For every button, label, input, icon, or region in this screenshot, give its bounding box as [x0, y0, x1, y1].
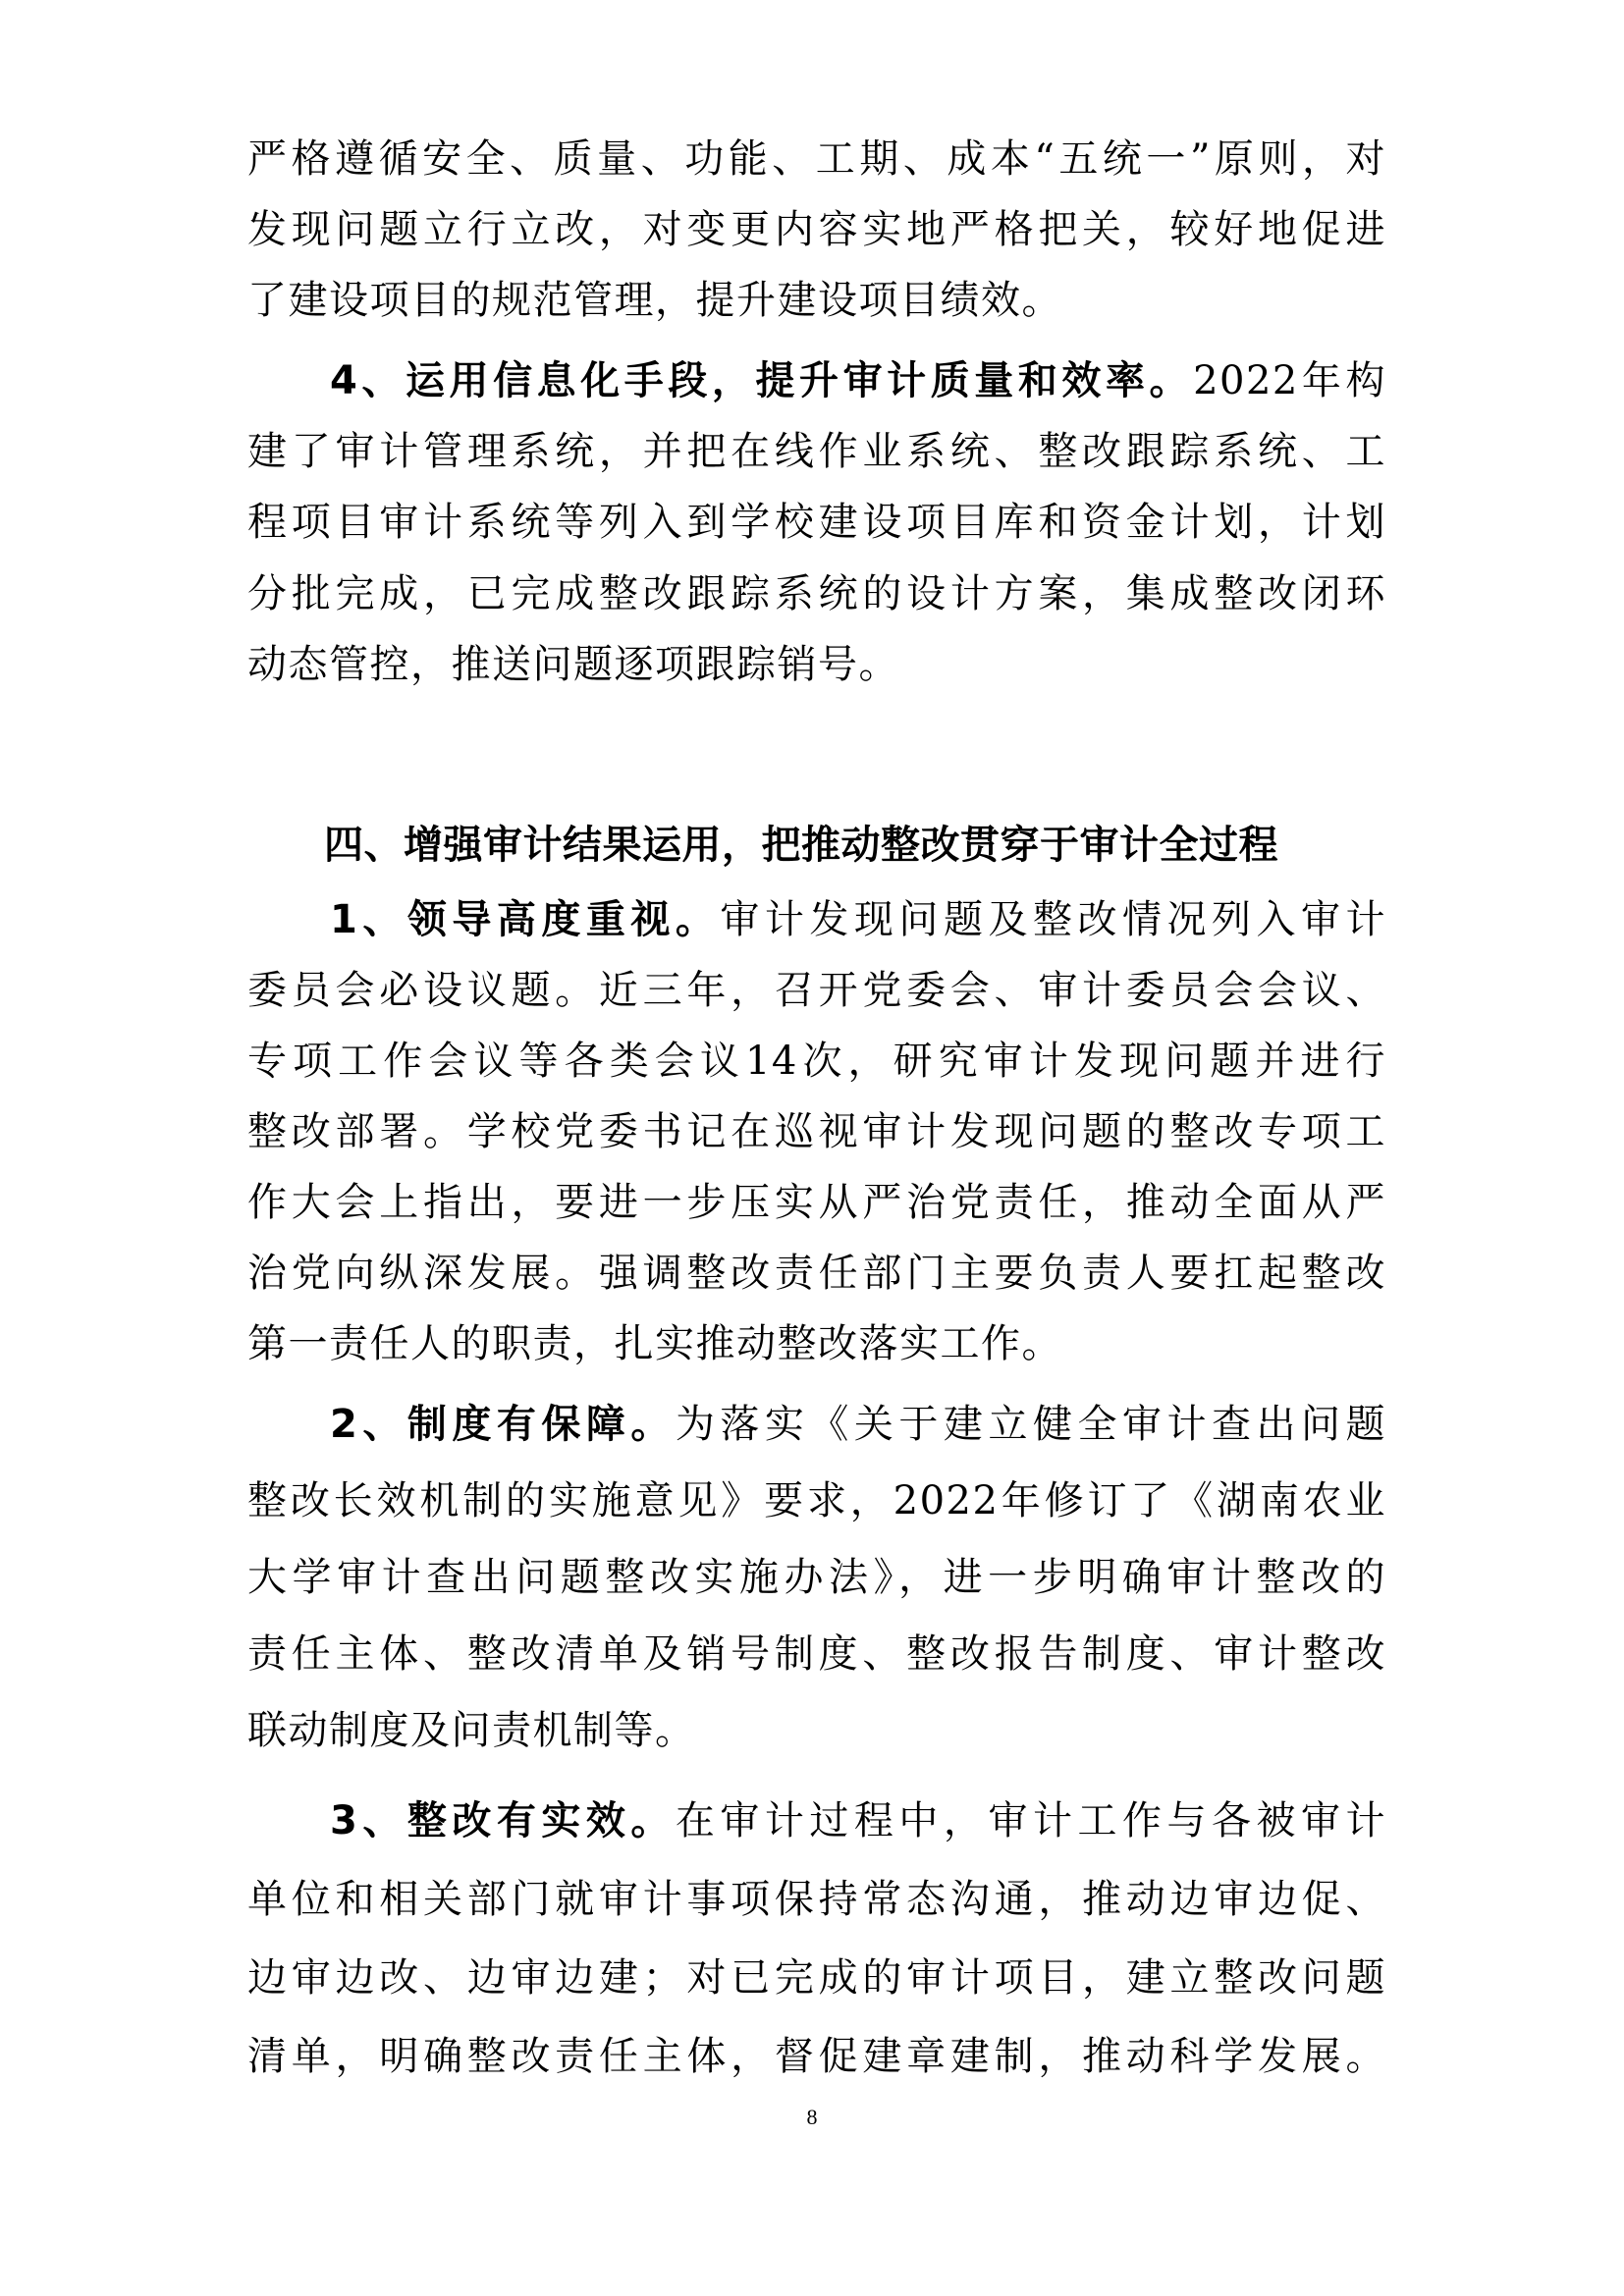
paragraph-line: 动态管控，推送问题逐项跟踪销号。: [247, 633, 1386, 696]
item-3-text: 在审计过程中，审计工作与各被审计: [676, 1798, 1386, 1843]
item-3-title: 3、整改有实效。: [330, 1798, 676, 1843]
item-2-text: 为落实《关于建立健全审计查出问题: [676, 1402, 1386, 1447]
item-2-first-line: 2、制度有保障。为落实《关于建立健全审计查出问题: [330, 1393, 1386, 1456]
item-1-title: 1、领导高度重视。: [330, 897, 720, 942]
paragraph-line: 作大会上指出，要进一步压实从严治党责任，推动全面从严: [247, 1171, 1386, 1234]
paragraph-line: 发现问题立行立改，对变更内容实地严格把关，较好地促进: [247, 198, 1386, 261]
paragraph-line: 责任主体、整改清单及销号制度、整改报告制度、审计整改: [247, 1623, 1386, 1685]
paragraph-line: 治党向纵深发展。强调整改责任部门主要负责人要扛起整改: [247, 1242, 1386, 1305]
paragraph-line: 联动制度及问责机制等。: [247, 1699, 1386, 1762]
paragraph-line: 单位和相关部门就审计事项保持常态沟通，推动边审边促、: [247, 1868, 1386, 1931]
page-number: 8: [0, 2104, 1624, 2131]
item-4-title: 4、运用信息化手段，提升审计质量和效率。: [330, 358, 1193, 403]
paragraph-line: 建了审计管理系统，并把在线作业系统、整改跟踪系统、工: [247, 420, 1386, 483]
item-1-text: 审计发现问题及整改情况列入审计: [720, 897, 1386, 942]
paragraph-line: 分批完成，已完成整改跟踪系统的设计方案，集成整改闭环: [247, 562, 1386, 625]
paragraph-line: 大学审计查出问题整改实施办法》，进一步明确审计整改的: [247, 1546, 1386, 1609]
item-2-title: 2、制度有保障。: [330, 1402, 676, 1447]
paragraph-line: 第一责任人的职责，扎实推动整改落实工作。: [247, 1312, 1386, 1375]
paragraph-line: 边审边改、边审边建；对已完成的审计项目，建立整改问题: [247, 1947, 1386, 2009]
paragraph-line: 严格遵循安全、质量、功能、工期、成本“五统一”原则，对: [247, 128, 1386, 190]
paragraph-line: 了建设项目的规范管理，提升建设项目绩效。: [247, 269, 1386, 332]
item-4-text: 2022年构: [1193, 358, 1386, 403]
paragraph-line: 程项目审计系统等列入到学校建设项目库和资金计划，计划: [247, 491, 1386, 554]
paragraph-line: 清单，明确整改责任主体，督促建章建制，推动科学发展。: [247, 2025, 1386, 2088]
item-1-first-line: 1、领导高度重视。审计发现问题及整改情况列入审计: [330, 888, 1386, 951]
paragraph-line: 整改长效机制的实施意见》要求，2022年修订了《湖南农业: [247, 1469, 1386, 1532]
paragraph-line: 整改部署。学校党委书记在巡视审计发现问题的整改专项工: [247, 1100, 1386, 1163]
document-page: 严格遵循安全、质量、功能、工期、成本“五统一”原则，对 发现问题立行立改，对变更…: [0, 0, 1624, 2296]
item-3-first-line: 3、整改有实效。在审计过程中，审计工作与各被审计: [330, 1789, 1386, 1852]
paragraph-line: 专项工作会议等各类会议14次，研究审计发现问题并进行: [247, 1030, 1386, 1093]
section-heading: 四、增强审计结果运用，把推动整改贯穿于审计全过程: [324, 814, 1306, 877]
item-4-first-line: 4、运用信息化手段，提升审计质量和效率。2022年构: [330, 349, 1386, 412]
paragraph-line: 委员会必设议题。近三年，召开党委会、审计委员会会议、: [247, 959, 1386, 1022]
